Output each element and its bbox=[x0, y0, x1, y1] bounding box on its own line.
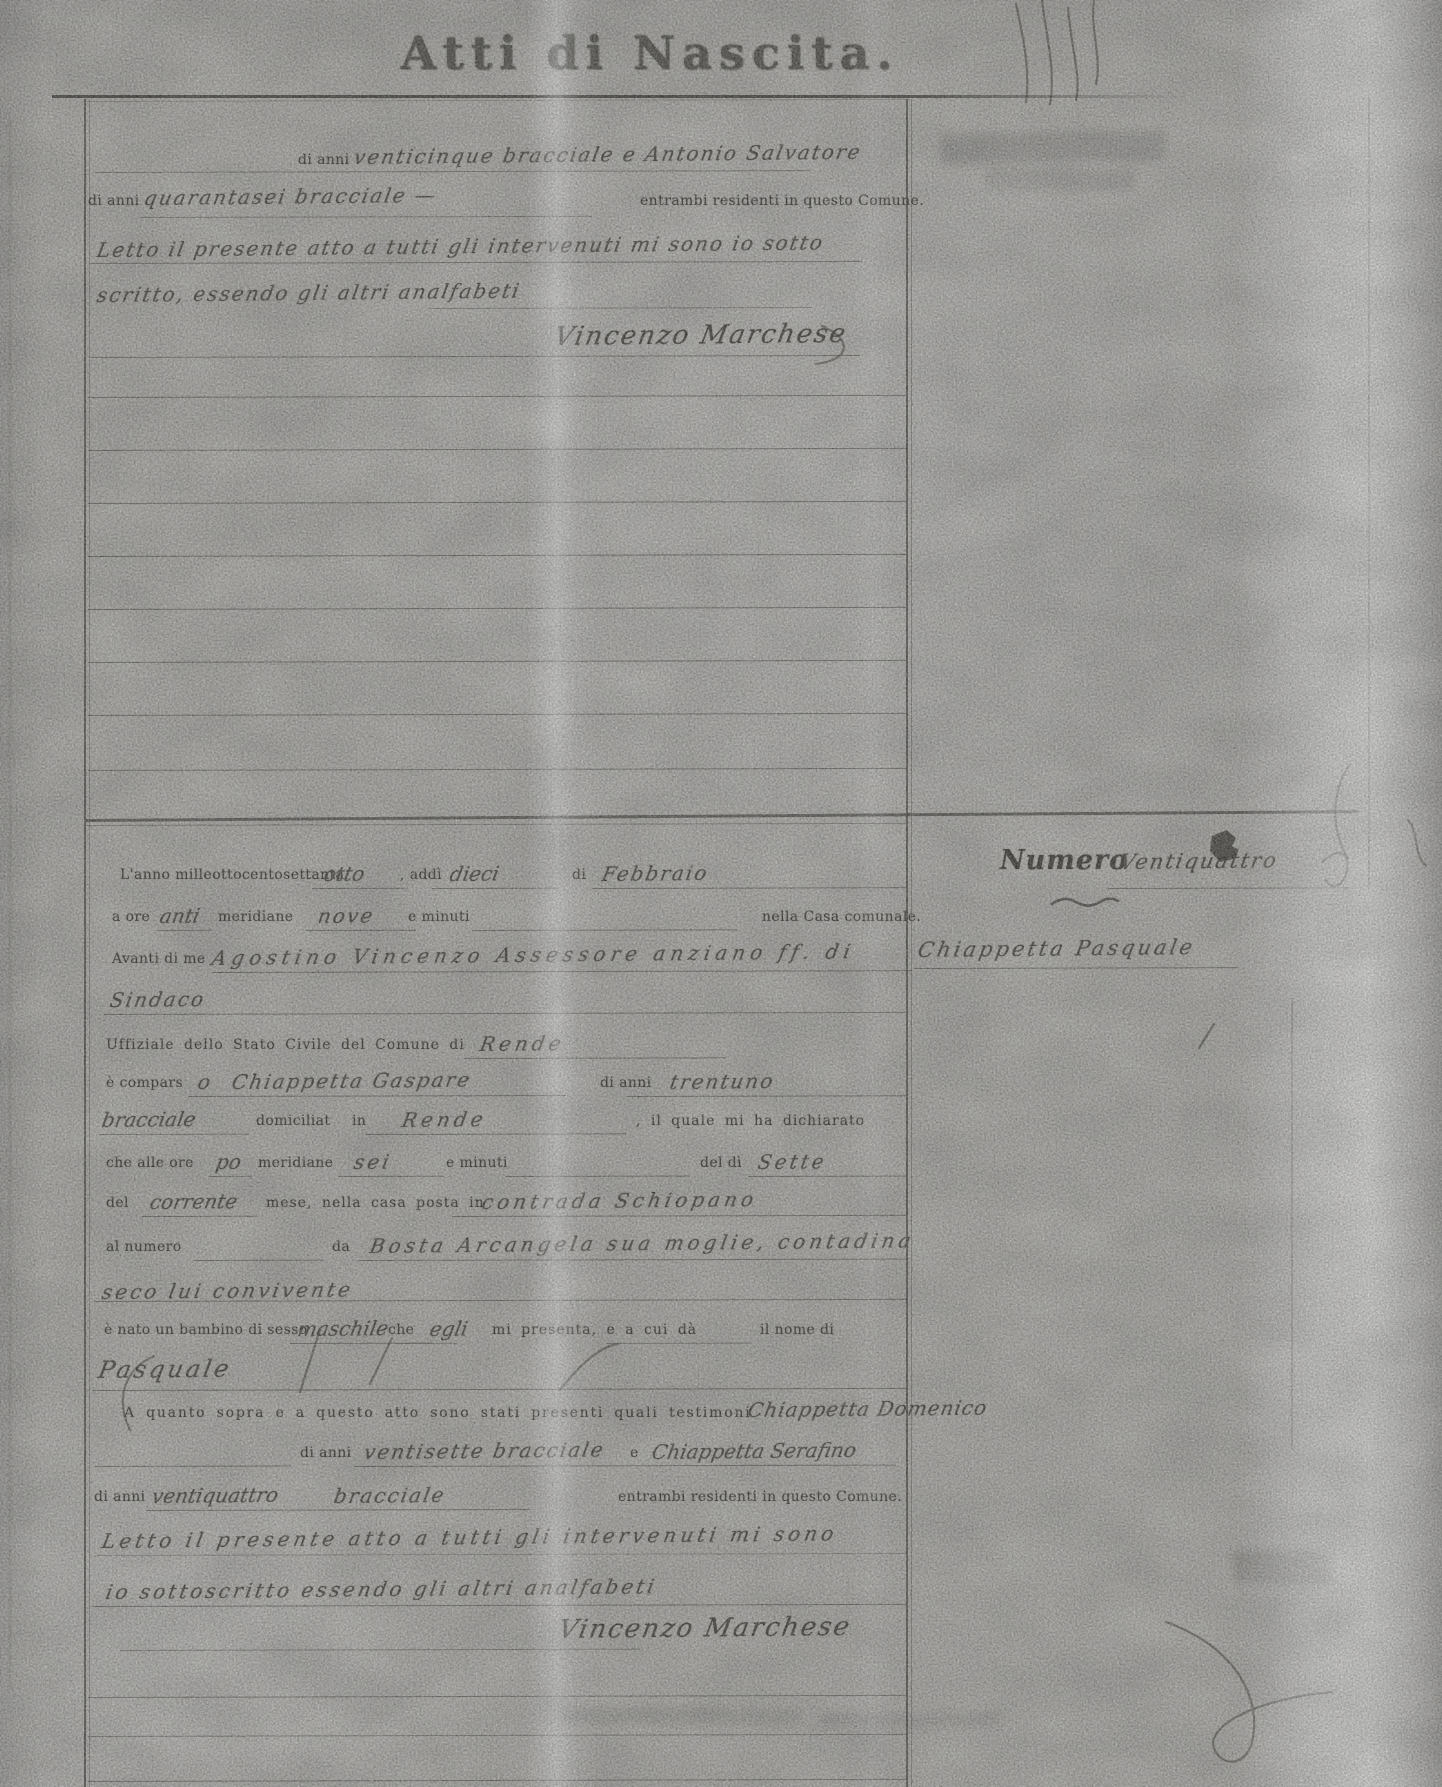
ruled-line bbox=[194, 1260, 324, 1262]
ruled-line bbox=[748, 1176, 906, 1178]
ruled-line bbox=[506, 1176, 690, 1178]
witness1-age-handwritten: ventisette bracciale bbox=[362, 1437, 607, 1464]
appeared-suffix-handwritten: o bbox=[196, 1070, 212, 1094]
record-signature: Vincenzo Marchese bbox=[556, 1612, 854, 1645]
margin-hook-stroke bbox=[1408, 820, 1426, 866]
ruled-line bbox=[306, 930, 416, 932]
ruled-line bbox=[95, 170, 810, 173]
house-label: mese, nella casa posta in bbox=[266, 1195, 485, 1211]
cohabiting-handwritten: seco lui convivente bbox=[100, 1277, 355, 1304]
witness2-age-handwritten: ventiquattro bbox=[150, 1483, 280, 1508]
pen-scribble bbox=[1068, 8, 1078, 100]
of-day-label: del dì bbox=[700, 1155, 742, 1171]
page-gutter-line-lower bbox=[1291, 1000, 1293, 1450]
of-label: del bbox=[106, 1195, 129, 1211]
month-value-handwritten: Febbraio bbox=[600, 861, 711, 886]
column-border-left-inner bbox=[89, 99, 91, 1787]
ruled-line bbox=[88, 395, 906, 398]
year-label: L'anno milleottocentosettanta bbox=[120, 867, 344, 883]
ascender-flourish bbox=[370, 1338, 392, 1384]
top-age2-entry-handwritten: quarantasei bracciale — bbox=[142, 183, 439, 210]
official-name-handwritten: Agostino Vincenzo Assessore anziano ff. … bbox=[210, 939, 857, 970]
hour-value-handwritten: nove bbox=[316, 903, 377, 928]
birth-day-handwritten: Sette bbox=[756, 1149, 829, 1174]
in-label: in bbox=[352, 1113, 366, 1129]
top-age2-label: di anni bbox=[88, 193, 140, 209]
before-me-label: Avanti di me bbox=[112, 951, 206, 967]
ruled-line bbox=[142, 1216, 258, 1218]
column-border-left bbox=[84, 99, 86, 1787]
pen-scribble bbox=[1093, 0, 1098, 84]
witness1-age-label: di anni bbox=[300, 1445, 352, 1461]
witness2-name-handwritten: Chiappetta Serafino bbox=[650, 1438, 858, 1464]
ruled-line bbox=[104, 1012, 908, 1015]
signature-loop-flourish bbox=[1166, 1622, 1332, 1762]
by-label: da bbox=[332, 1239, 350, 1255]
ruled-line bbox=[208, 1176, 252, 1177]
bleed-through-mark bbox=[820, 1712, 1000, 1726]
sex-handwritten: maschile bbox=[296, 1316, 390, 1341]
ruled-line bbox=[464, 1057, 726, 1059]
scanned-birth-record-page: Atti di Nascita. di anni venticinque bra… bbox=[0, 0, 1442, 1787]
pen-scribble bbox=[1016, 4, 1027, 102]
ruled-line bbox=[90, 355, 860, 358]
birth-meridian-handwritten: po bbox=[214, 1150, 243, 1174]
section-divider bbox=[86, 810, 1358, 821]
comune-value-handwritten: Rende bbox=[478, 1031, 567, 1056]
birth-month-handwritten: corrente bbox=[148, 1189, 240, 1214]
day-value-handwritten: dieci bbox=[448, 861, 501, 886]
ruled-line bbox=[92, 1388, 908, 1391]
birth-hour-handwritten: sei bbox=[352, 1150, 394, 1174]
ruled-line bbox=[354, 1465, 896, 1468]
page-title: Atti di Nascita. bbox=[360, 26, 940, 80]
pen-flourishes bbox=[0, 0, 1442, 1787]
ruled-line bbox=[88, 1779, 906, 1782]
ruled-line bbox=[432, 888, 558, 890]
ruled-line bbox=[88, 660, 906, 663]
pen-scribble bbox=[1042, 0, 1052, 104]
numero-underline-squiggle bbox=[1052, 899, 1118, 906]
bleed-through-mark bbox=[560, 1708, 800, 1724]
bleed-through-mark bbox=[985, 168, 1135, 190]
ruled-line bbox=[366, 1133, 626, 1135]
ruled-line bbox=[95, 1465, 291, 1467]
top-age-label: di anni bbox=[298, 152, 350, 168]
ruled-line bbox=[88, 713, 906, 716]
ruled-line bbox=[396, 1343, 458, 1344]
declarant-name-handwritten: Chiappetta Gaspare bbox=[230, 1068, 473, 1094]
ruled-line bbox=[188, 1095, 566, 1097]
ruled-line bbox=[428, 307, 812, 309]
mother-name-handwritten: Bosta Arcangela sua moglie, contadina bbox=[368, 1228, 917, 1258]
ruled-line bbox=[1108, 887, 1350, 889]
ruled-line bbox=[312, 888, 408, 890]
ruled-line bbox=[146, 1509, 530, 1511]
column-border-right-inner bbox=[911, 99, 913, 1787]
addi-label: , addì bbox=[400, 867, 442, 883]
ruled-line bbox=[92, 1604, 908, 1607]
child-name-handwritten: Pasquale bbox=[96, 1355, 234, 1384]
registrar-label: Uffiziale dello Stato Civile del Comune … bbox=[106, 1037, 465, 1053]
meridiane-label: meridiane bbox=[218, 909, 293, 925]
house-location-handwritten: contrada Schiopano bbox=[480, 1187, 760, 1214]
top-signature: Vincenzo Marchese bbox=[552, 319, 850, 352]
presents-label: mi presenta, e a cui dà bbox=[492, 1322, 697, 1338]
declared-label: , il quale mi ha dichiarato bbox=[636, 1113, 865, 1129]
witness2-age-label: di anni bbox=[94, 1489, 146, 1505]
ruled-line bbox=[88, 501, 906, 504]
di-label: di bbox=[572, 867, 586, 883]
hour-label: a ore bbox=[112, 909, 150, 925]
witness1-name-handwritten: Chiappetta Domenico bbox=[746, 1396, 990, 1422]
official-title-handwritten: Sindaco bbox=[108, 987, 208, 1012]
ruled-line bbox=[156, 930, 212, 931]
top-closing-line1-handwritten: Letto il presente atto a tutti gli inter… bbox=[95, 230, 826, 262]
ruled-line bbox=[120, 1649, 640, 1652]
birth-hour-label: che alle ore bbox=[106, 1155, 194, 1171]
bleed-through-mark bbox=[940, 130, 1165, 164]
ruled-line bbox=[88, 448, 906, 451]
numero-label: Numero bbox=[1000, 845, 1128, 876]
ruled-line bbox=[88, 607, 906, 610]
margin-registered-name-handwritten: Chiappetta Pasquale bbox=[916, 935, 1197, 962]
ruled-line bbox=[88, 768, 906, 771]
born-label: è nato un bambino di sesso bbox=[104, 1322, 308, 1338]
and-label: e bbox=[630, 1445, 639, 1461]
ascender-flourish bbox=[560, 1344, 618, 1390]
domiciled-label: domiciliat bbox=[256, 1113, 330, 1129]
ruled-line bbox=[338, 1176, 444, 1178]
egli-handwritten: egli bbox=[428, 1317, 470, 1341]
section-divider-inner bbox=[86, 823, 908, 826]
domicile-value-handwritten: Rende bbox=[400, 1107, 489, 1132]
ruled-line bbox=[606, 1343, 752, 1345]
who-label: che bbox=[388, 1322, 414, 1338]
top-age-entry-handwritten: venticinque bracciale e Antonio Salvator… bbox=[352, 140, 864, 169]
ruled-line bbox=[88, 1734, 906, 1737]
ruled-line bbox=[592, 887, 906, 889]
page-content: Atti di Nascita. di anni venticinque bra… bbox=[0, 0, 1442, 1787]
column-border-right bbox=[906, 99, 908, 1787]
page-edge-line bbox=[9, 120, 11, 1690]
page-gutter-line-upper bbox=[1368, 96, 1370, 886]
name-label: il nome di bbox=[760, 1322, 834, 1338]
year-value-handwritten: otto bbox=[322, 862, 367, 886]
witness2-occupation-handwritten: bracciale bbox=[332, 1483, 448, 1508]
closing-line2-handwritten: io sottoscritto essendo gli altri analfa… bbox=[104, 1574, 659, 1604]
bleed-through-mark bbox=[1232, 1550, 1332, 1584]
ruled-line bbox=[94, 1553, 906, 1556]
ruled-line bbox=[99, 1134, 249, 1136]
ruled-line bbox=[472, 929, 738, 931]
declarant-occupation-handwritten: bracciale bbox=[100, 1107, 198, 1132]
top-residents-label: entrambi residenti in questo Comune. bbox=[640, 193, 924, 209]
margin-tick-stroke bbox=[1199, 1024, 1214, 1048]
ruled-line bbox=[140, 216, 592, 218]
ruled-line bbox=[914, 967, 1238, 969]
at-number-label: al numero bbox=[106, 1239, 182, 1255]
minutes-label: e minuti bbox=[408, 909, 470, 925]
declarant-age-label: di anni bbox=[600, 1075, 652, 1091]
header-rule bbox=[52, 95, 1187, 98]
ruled-line bbox=[212, 970, 912, 973]
ruled-line bbox=[452, 1215, 908, 1217]
declarant-age-handwritten: trentuno bbox=[668, 1069, 777, 1094]
box-top-rule bbox=[86, 99, 910, 102]
closing-line1-handwritten: Letto il presente atto a tutti gli inter… bbox=[100, 1521, 840, 1553]
ruled-line bbox=[88, 554, 906, 557]
minutes2-label: e minuti bbox=[446, 1155, 508, 1171]
town-hall-label: nella Casa comunale. bbox=[762, 909, 921, 925]
numero-value-handwritten: Ventiquattro bbox=[1118, 848, 1280, 874]
ruled-line bbox=[90, 261, 862, 264]
witnesses-label: A quanto sopra e a questo atto sono stat… bbox=[124, 1405, 752, 1421]
ruled-line bbox=[88, 1695, 906, 1698]
numero-tail-flourish bbox=[1322, 853, 1348, 886]
residents-label: entrambi residenti in questo Comune. bbox=[618, 1489, 902, 1505]
top-closing-line2-handwritten: scritto, essendo gli altri analfabeti bbox=[95, 279, 523, 307]
ruled-line bbox=[358, 1259, 908, 1262]
ruled-line bbox=[626, 1095, 906, 1097]
meridian-value-handwritten: anti bbox=[158, 904, 202, 928]
meridiane2-label: meridiane bbox=[258, 1155, 333, 1171]
appeared-label: è compars bbox=[106, 1075, 183, 1091]
